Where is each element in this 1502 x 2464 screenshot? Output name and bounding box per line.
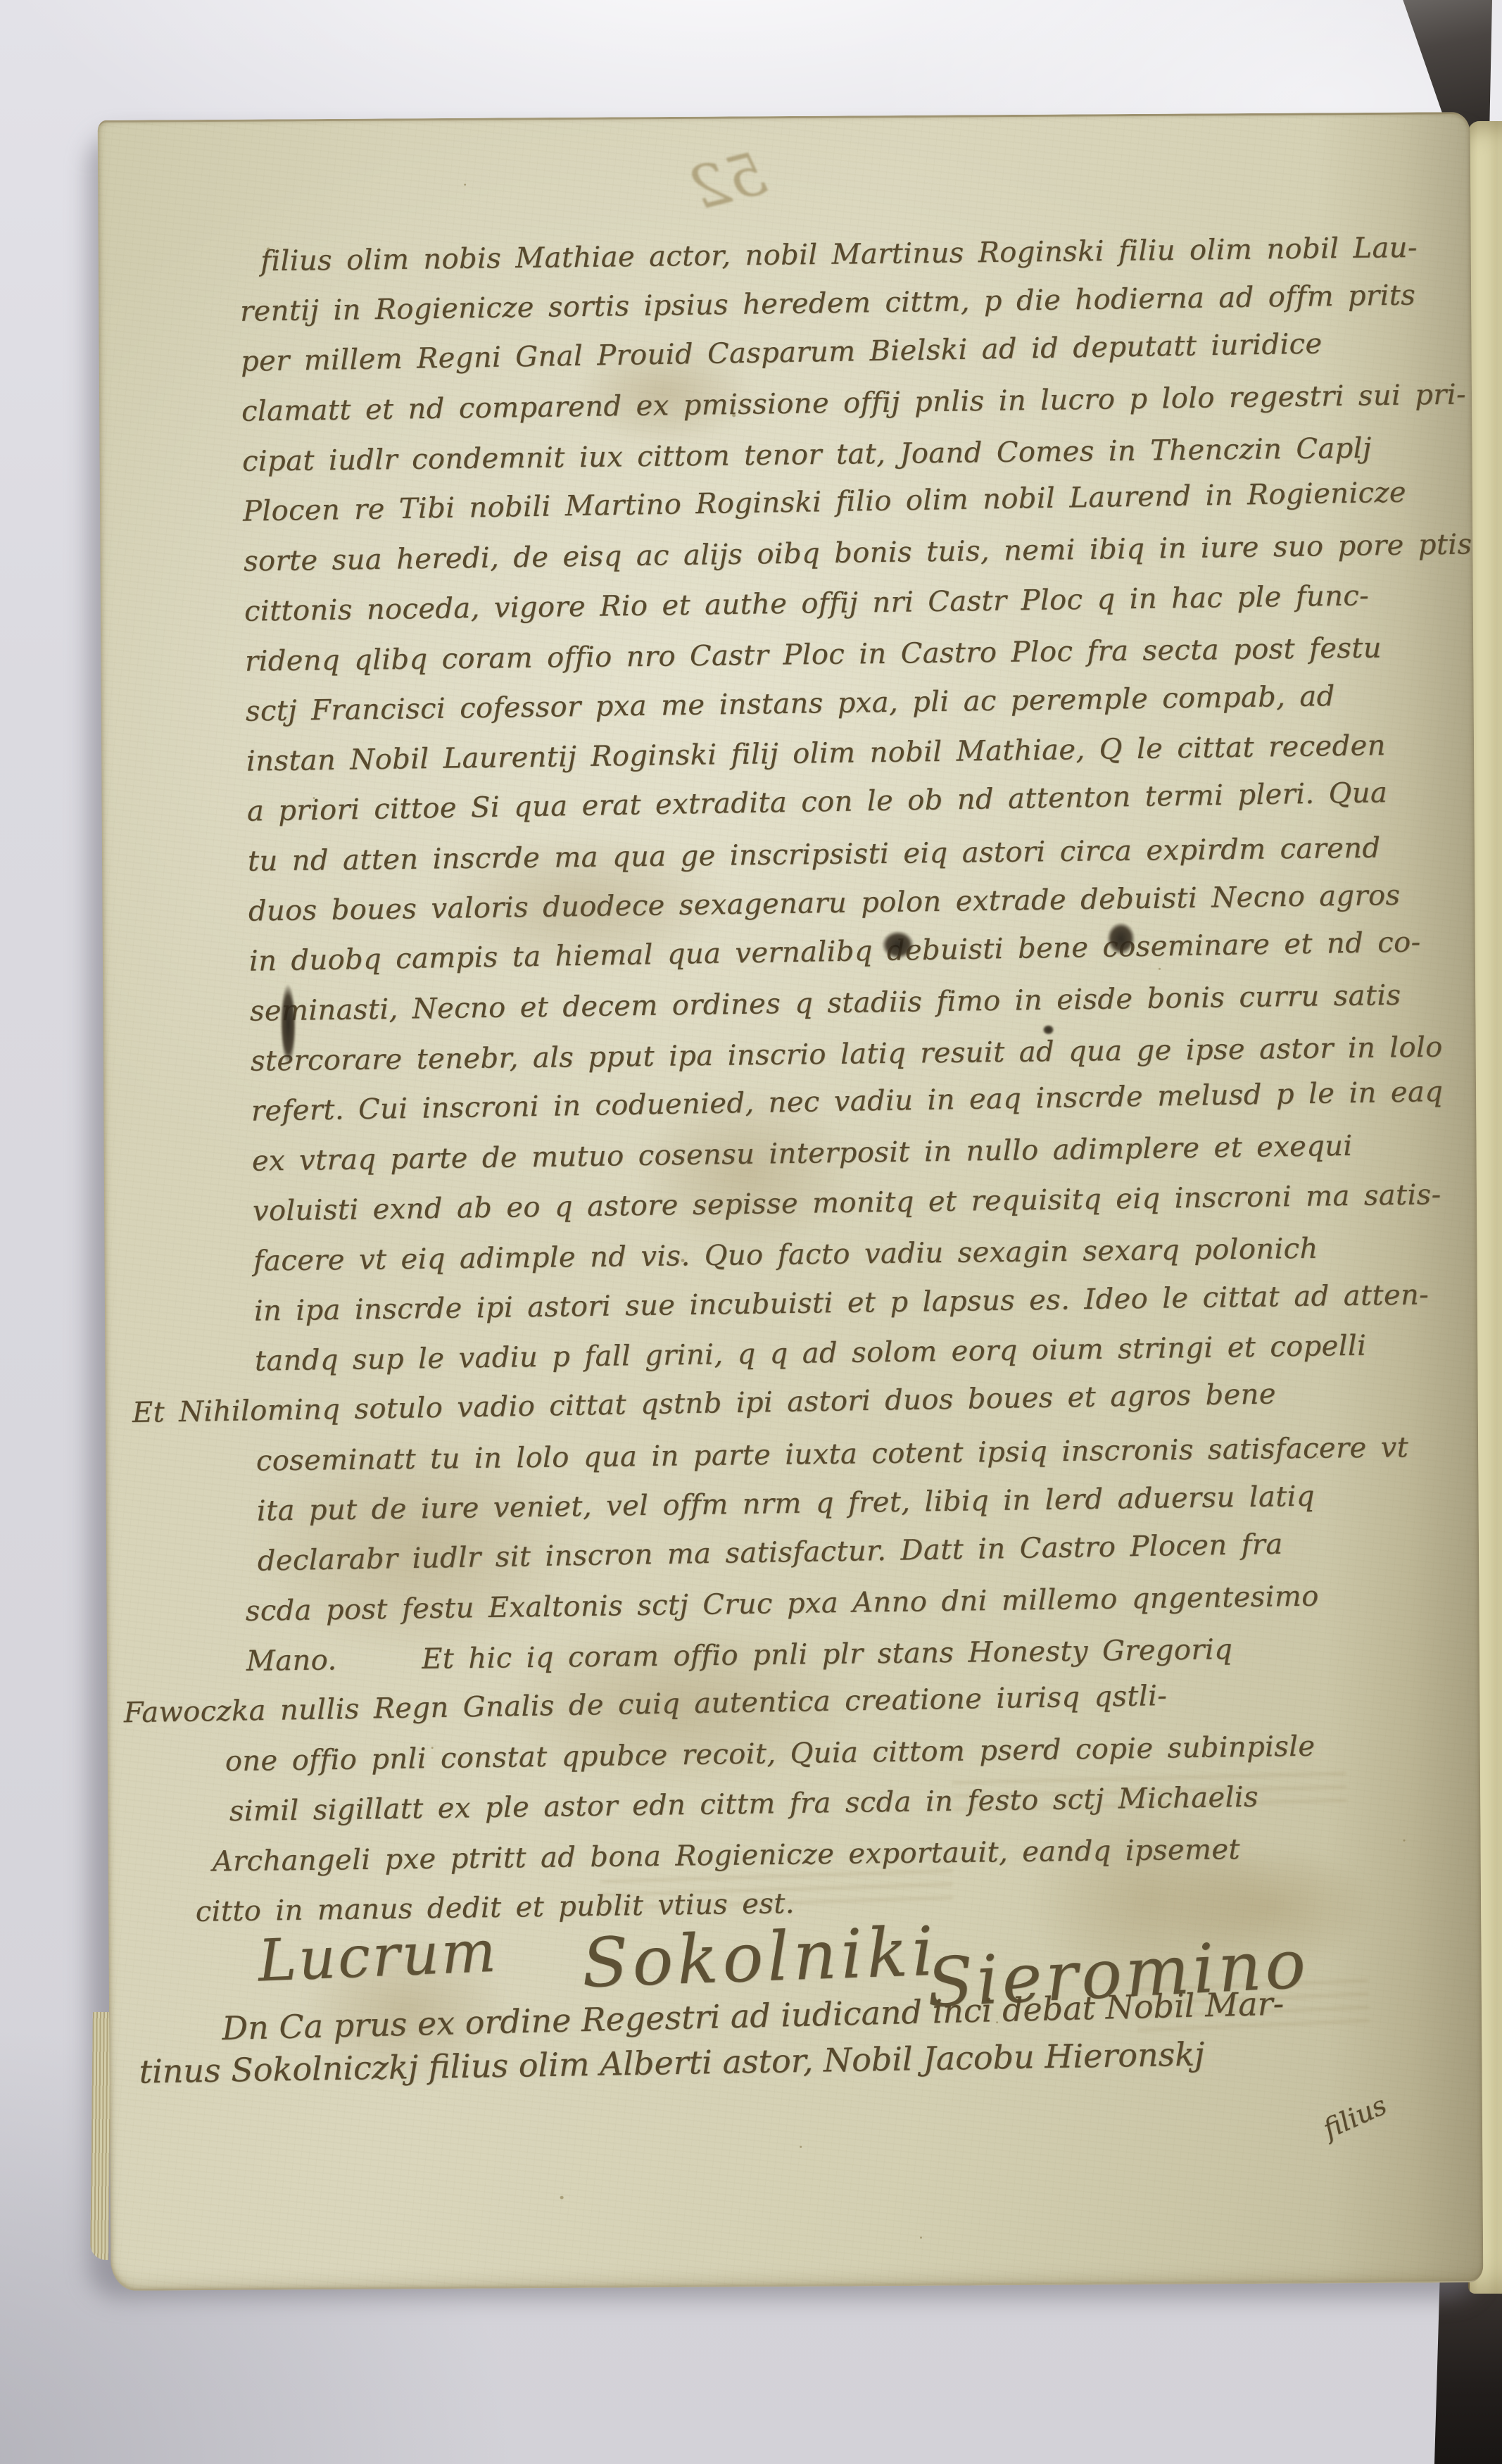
heading-place-name-1: Sokolniki — [581, 1912, 939, 2003]
bleedthrough-folio-number: 52 — [683, 139, 774, 224]
ink-blot — [1107, 922, 1135, 955]
ink-blot — [1042, 1025, 1054, 1035]
heading-margin-word: Lucrum — [257, 1918, 500, 1995]
binding-strap-bottom — [1434, 2278, 1502, 2464]
entry-roginski-text: filius olim nobis Mathiae actor, nobil M… — [239, 225, 1382, 1940]
ink-blot — [882, 931, 914, 959]
manuscript-photo: 52 filius olim nobis Mathiae actor, nobi… — [0, 0, 1502, 2464]
ink-blot — [280, 983, 296, 1064]
paper-flecks — [98, 122, 100, 125]
page-stack-edges — [90, 2012, 111, 2260]
entry-sokolniki-corner-note: filius — [1318, 2089, 1391, 2145]
manuscript-page: 52 filius olim nobis Mathiae actor, nobi… — [98, 112, 1484, 2291]
